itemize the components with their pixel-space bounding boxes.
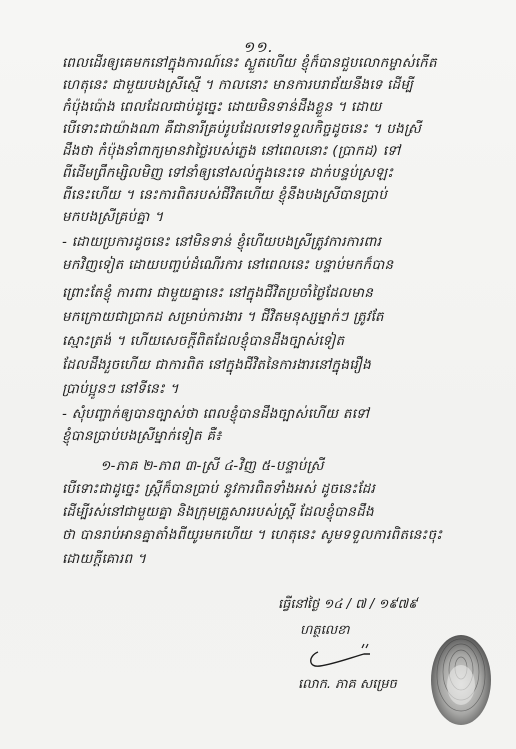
body-line: មកបងស្រីគ្រប់គ្នា ។ bbox=[62, 206, 462, 228]
body-line: មកក្រោយជាប្រាកដ សម្រាប់ការងារ ។ ជីវិតមនុ… bbox=[62, 306, 462, 328]
fingerprint-icon bbox=[426, 630, 496, 730]
body-line: បើទោះជាដូច្នេះ ស្ត្រីក៏បានប្រាប់ នូវការព… bbox=[62, 478, 462, 500]
body-line: បើទោះជាយ៉ាងណា គឺជានារីគ្រប់រូបដែលទៅទទួលក… bbox=[62, 118, 462, 140]
body-line: មកវិញទៀត ដោយបញ្ចប់ដំណើរការ នៅពេលនេះ បន្ទ… bbox=[62, 254, 462, 276]
scanned-letter-page: ១១. ពេលដើរឲ្យគេមកនៅក្នុងការណ៍នេះ ស្លួតហើ… bbox=[0, 0, 516, 749]
signature-role: ហត្ថលេខា bbox=[300, 622, 350, 641]
body-line: ដឹងថា កំប៉ុងនាំពាក្យមានវាថ្លៃរបស់ភ្លេង ន… bbox=[62, 140, 462, 162]
body-line: ដើម្បីរស់នៅជាមួយគ្នា និងក្រុមគ្រួសាររបស់… bbox=[62, 501, 462, 523]
body-line: ខ្ញុំបានប្រាប់បងស្រីម្នាក់ទៀត គឺ៖ bbox=[62, 425, 462, 447]
body-line: - ដោយប្រការដូចនេះ នៅមិនទាន់ ខ្ញុំហើយបងស្… bbox=[62, 231, 462, 253]
body-line: ពីដើមព្រឹកម្សិលមិញ ទៅនាំឲ្យនៅសល់ក្នុងនេះ… bbox=[62, 162, 462, 184]
body-line: ព្រោះតែខ្ញុំ ការពារ ជាមួយគ្នានេះ នៅក្នុង… bbox=[62, 282, 462, 304]
body-line: ពីនេះហើយ ។ នេះការពិតរបស់ជីវិតហើយ ខ្ញុំនឹ… bbox=[62, 184, 462, 206]
signature-scribble-icon bbox=[306, 642, 386, 672]
signatory-name: លោក. ភាគ សម្រេច bbox=[298, 676, 397, 695]
body-line: - សុំបញ្ចាក់ឲ្យបានច្បាស់ថា ពេលខ្ញុំបានដឹ… bbox=[62, 403, 462, 425]
body-line-enumeration: ១-ភាគ ២-ភាព ៣-ស្រី ៤-វិញ ៥-បន្ទាប់ស្រី bbox=[100, 455, 460, 477]
body-line: ដោយក្តីគោរព ។ bbox=[62, 548, 462, 570]
body-line: ហេតុនេះ ជាមួយបងស្រីស្មើ ។ កាលនោះ មានការប… bbox=[62, 74, 462, 96]
body-line: ស្មោះត្រង់ ។ ហើយសេចក្តីពិតដែលខ្ញុំបានដឹង… bbox=[62, 330, 462, 352]
body-line: កំប៉ុងប៉ោង ពេលដែលជាប់ដូច្នេះ ដោយមិនទាន់ដ… bbox=[62, 96, 462, 118]
body-line: ប្រាប់ប្អូនៗ នៅទីនេះ ។ bbox=[62, 378, 462, 400]
body-line: ពេលដើរឲ្យគេមកនៅក្នុងការណ៍នេះ ស្លួតហើយ ខ្… bbox=[62, 52, 462, 74]
body-line: ដែលដឹងរួចហើយ ជាការពិត នៅក្នុងជីវិតនៃការង… bbox=[62, 354, 462, 376]
signature-date: ធ្វើនៅថ្ងៃ ១៤ / ៧ / ១៩៧៩ bbox=[278, 596, 417, 615]
body-line: ថា បានរាប់អានគ្នាតាំងពីយូរមកហើយ ។ ហេតុនេ… bbox=[62, 524, 462, 546]
